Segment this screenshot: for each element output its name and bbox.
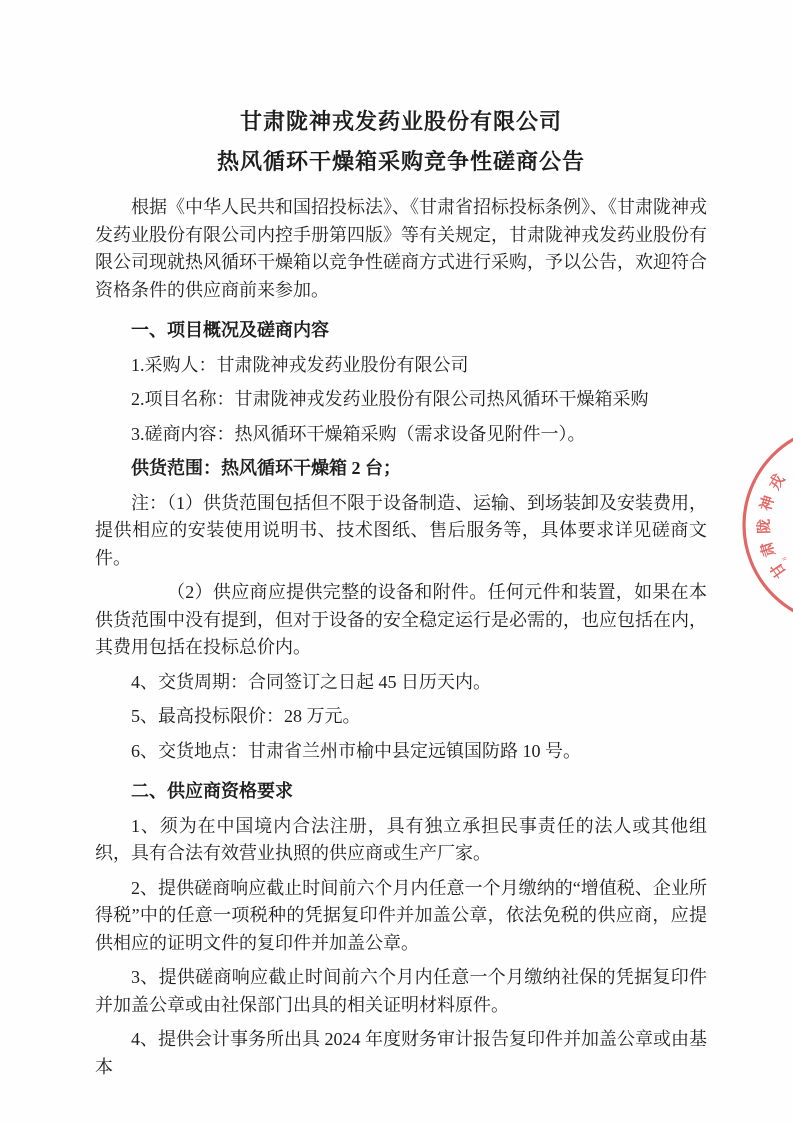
- seal-char-5: 戎: [766, 471, 788, 493]
- item-consultation-content: 3.磋商内容：热风循环干燥箱采购（需求设备见附件一）。: [95, 421, 707, 449]
- seal-digit-1: 8: [782, 556, 789, 561]
- supply-scope: 供货范围：热风循环干燥箱 2 台；: [95, 455, 707, 483]
- qualification-3: 3、提供磋商响应截止时间前六个月内任意一个月缴纳社保的凭据复印件并加盖公章或由社…: [95, 964, 707, 1019]
- document-title-line2: 热风循环干燥箱采购竞争性磋商公告: [95, 142, 707, 182]
- note-1: 注：（1）供货范围包括但不限于设备制造、运输、到场装卸及安装费用，提供相应的安装…: [95, 490, 707, 573]
- item-max-price: 5、最高投标限价：28 万元。: [95, 703, 707, 731]
- qualification-4: 4、提供会计事务所出具 2024 年度财务审计报告复印件并加盖公章或由基本: [95, 1026, 707, 1081]
- item-project-name: 2.项目名称：甘肃陇神戎发药业股份有限公司热风循环干燥箱采购: [95, 386, 707, 414]
- section2-heading: 二、供应商资格要求: [95, 778, 707, 806]
- document-body: 甘肃陇神戎发药业股份有限公司 热风循环干燥箱采购竞争性磋商公告 根据《中华人民共…: [95, 102, 707, 1081]
- note-2: （2）供应商应提供完整的设备和附件。任何元件和装置，如果在本供货范围中没有提到，…: [95, 579, 707, 662]
- seal-char-1: 甘: [767, 559, 790, 581]
- document-page: 甘肃陇神戎发药业股份有限公司 热风循环干燥箱采购竞争性磋商公告 根据《中华人民共…: [0, 0, 793, 1122]
- seal-char-2: 肃: [757, 540, 779, 560]
- item-delivery-period: 4、交货周期：合同签订之日起 45 日历天内。: [95, 669, 707, 697]
- document-title-line1: 甘肃陇神戎发药业股份有限公司: [95, 102, 707, 142]
- seal-char-3: 陇: [755, 519, 773, 534]
- seal-circle-icon: 甘 肃 陇 神 戎 8 2: [737, 425, 793, 625]
- official-seal-stamp: 甘 肃 陇 神 戎 8 2: [737, 425, 793, 625]
- item-purchaser: 1.采购人：甘肃陇神戎发药业股份有限公司: [95, 352, 707, 380]
- qualification-1: 1、须为在中国境内合法注册，具有独立承担民事责任的法人或其他组织，具有合法有效营…: [95, 813, 707, 868]
- qualification-2: 2、提供磋商响应截止时间前六个月内任意一个月缴纳的“增值税、企业所得税”中的任意…: [95, 875, 707, 958]
- section1-heading: 一、项目概况及磋商内容: [95, 317, 707, 345]
- seal-digit-2: 2: [776, 565, 783, 571]
- seal-char-4: 神: [757, 494, 777, 513]
- item-delivery-location: 6、交货地点：甘肃省兰州市榆中县定远镇国防路 10 号。: [95, 738, 707, 766]
- intro-paragraph: 根据《中华人民共和国招投标法》、《甘肃省招标投标条例》、《甘肃陇神戎发药业股份有…: [95, 194, 707, 304]
